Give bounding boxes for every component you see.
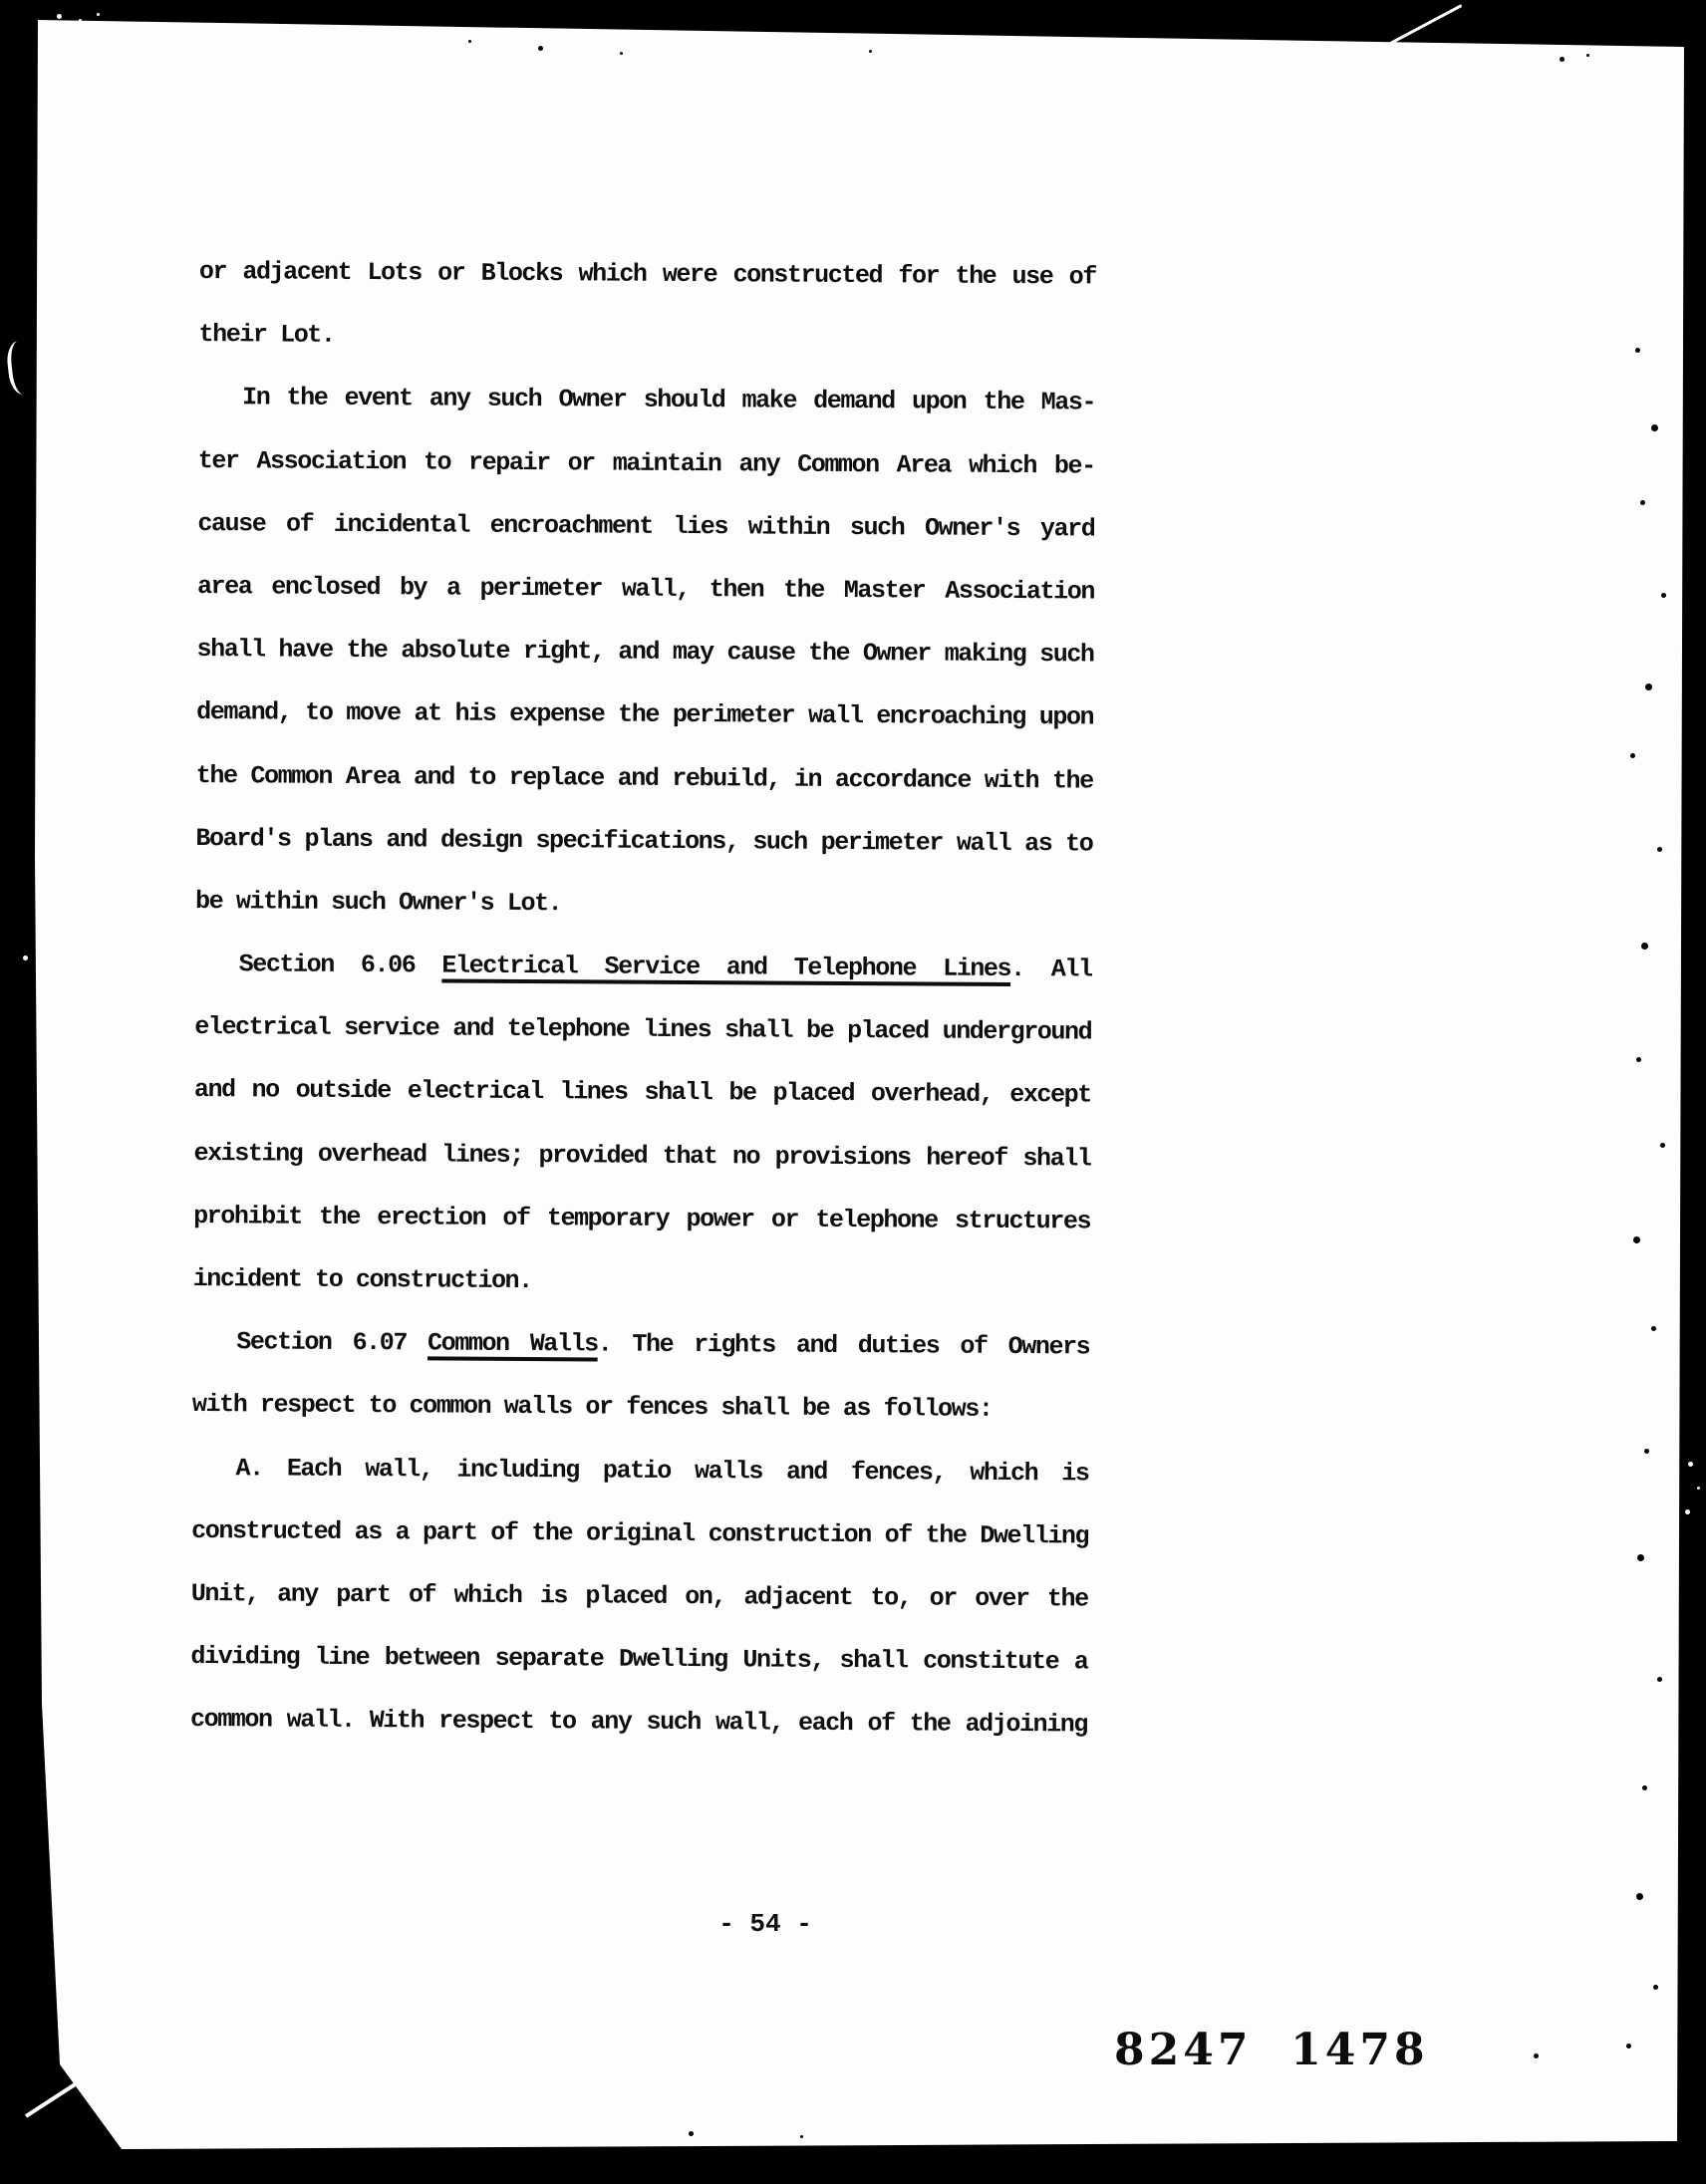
- document-text: or adjacent Lots or Blocks which were co…: [190, 257, 1096, 1774]
- scan-frame: or adjacent Lots or Blocks which were co…: [0, 0, 1706, 2184]
- text-line: area enclosed by a perimeter wall, then …: [197, 572, 1094, 641]
- text-line: Board's plans and design specifications,…: [195, 824, 1092, 893]
- text-line: common wall. With respect to any such wa…: [190, 1705, 1087, 1774]
- text-line: existing overhead lines; provided that n…: [193, 1139, 1090, 1208]
- text-line: electrical service and telephone lines s…: [194, 1012, 1091, 1081]
- scan-noise-light: [0, 0, 3, 3]
- docket-stamp: 8247 1478: [1114, 2025, 1429, 2075]
- text-line: the Common Area and to replace and rebui…: [196, 760, 1093, 829]
- text-line: with respect to common walls or fences s…: [192, 1390, 1089, 1459]
- text-line: demand, to move at his expense the perim…: [196, 697, 1093, 766]
- text-line: Section 6.06 Electrical Service and Tele…: [194, 950, 1091, 1018]
- section-heading-underlined: Electrical Service and Telephone Lines: [441, 952, 1010, 983]
- text-line: and no outside electrical lines shall be…: [194, 1075, 1091, 1144]
- scan-mark-corner: [25, 2079, 81, 2117]
- page-number: - 54 -: [686, 1909, 845, 1939]
- text-line: incident to construction.: [192, 1264, 1089, 1333]
- text-line: prohibit the erection of temporary power…: [193, 1202, 1090, 1270]
- text-line: dividing line between separate Dwelling …: [190, 1642, 1087, 1711]
- section-text: . The rights and duties of Owners: [598, 1330, 1090, 1362]
- section-label: Section 6.06: [239, 950, 442, 979]
- text-line: ter Association to repair or maintain an…: [197, 446, 1094, 515]
- text-line: In the event any such Owner should make …: [198, 383, 1095, 451]
- text-line: cause of incidental encroachment lies wi…: [197, 509, 1094, 578]
- text-line: shall have the absolute right, and may c…: [196, 635, 1093, 703]
- section-text: . All: [1010, 955, 1092, 983]
- text-line: constructed as a part of the original co…: [191, 1516, 1088, 1585]
- text-line: Section 6.07 Common Walls. The rights an…: [192, 1327, 1089, 1396]
- text-line: their Lot.: [198, 320, 1095, 389]
- text-line: or adjacent Lots or Blocks which were co…: [199, 257, 1096, 326]
- scan-mark-paren: [5, 340, 37, 396]
- section-label: Section 6.07: [236, 1327, 427, 1357]
- text-line: Unit, any part of which is placed on, ad…: [191, 1579, 1088, 1648]
- text-line: A. Each wall, including patio walls and …: [191, 1454, 1088, 1522]
- section-heading-underlined: Common Walls: [427, 1329, 598, 1359]
- text-line: be within such Owner's Lot.: [195, 887, 1092, 955]
